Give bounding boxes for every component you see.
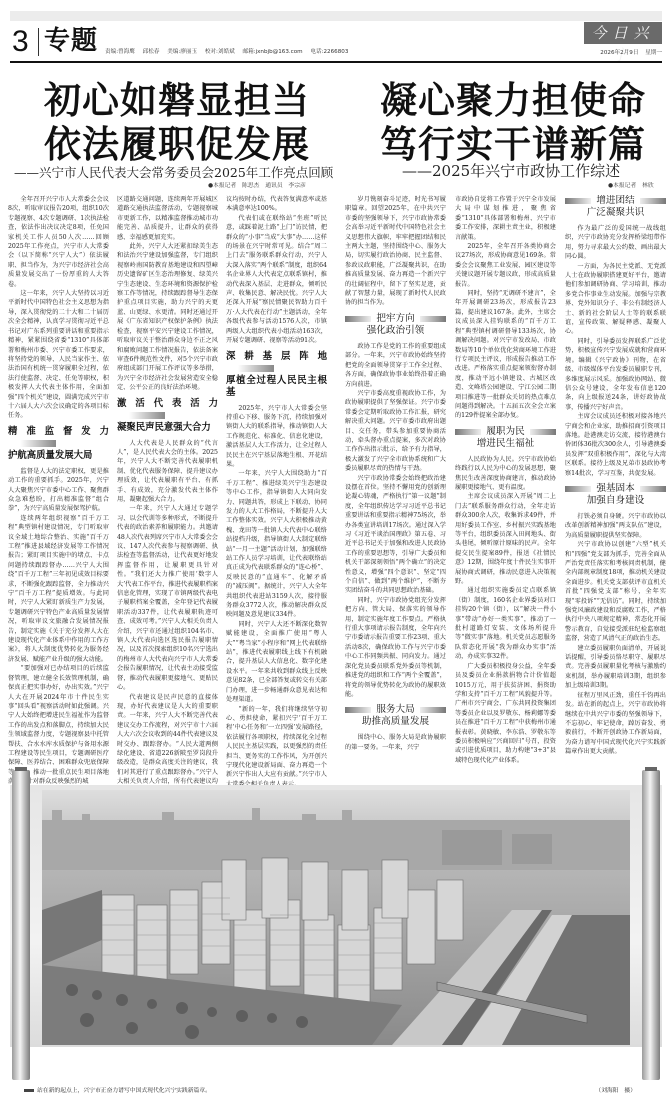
- paragraph: 一方面，为各民主党派、无党派人士在政协履职搭建更好平台，邀请他们参加调研协商、学…: [565, 262, 666, 337]
- paragraph: 同时，坚持“无调研不建言”，全年开展调研23场次，形成报告23篇，提出建议167…: [455, 289, 556, 421]
- paragraph: 政协工作是党的工作的重要组成部分。一年来，兴宁市政协始终坚持把党的全面领导贯穿于…: [345, 342, 446, 389]
- credit-editor-2: 邱松春: [143, 49, 160, 55]
- paragraph: 围绕中心、服务大局是政协履职的第一要务。一年来，兴宁: [345, 733, 446, 752]
- subhead-bar-left: [565, 486, 591, 492]
- newspaper-logo: 今日兴宁: [584, 22, 662, 44]
- paragraph: 这一年来，兴宁人大坚持以习近平新时代中国特色社会主义思想为指导，深入贯彻党的二十…: [8, 289, 109, 421]
- subhead-line1: 深耕基层阵地: [226, 351, 327, 362]
- subhead-serve-overall: 服务大局 助推高质量发展: [345, 704, 446, 728]
- paragraph: 议均按时办结，代表答复满意率或基本满意率达100%。: [226, 195, 327, 214]
- subhead-line1: 把牢方向: [376, 313, 414, 325]
- subhead-political-direction: 把牢方向 强化政治引领: [345, 313, 446, 337]
- subhead-line1: 强基固本: [596, 483, 634, 495]
- subhead-perform-for-people: 履职为民 增进民生福祉: [455, 426, 556, 450]
- subhead-line1: 增进团结: [596, 195, 634, 207]
- subhead-grassroots: 深耕基层阵地 厚植全过程人民民主根基: [226, 351, 327, 399]
- paragraph: 广大委员积极投身公益，全年委员及委员企业捐款捐物合计价值超1015万元，用于扶贫…: [455, 662, 556, 765]
- paragraph: 2025年，兴宁市人大常委会坚持重心下移、服务下沉，持续加强对镇街人大的联系指导…: [226, 404, 327, 470]
- paragraph: 人大代表是人民群众的“代言人”，是人民代表大会的主体。2025年，兴宁人大不断完…: [117, 439, 218, 505]
- paragraph: 人民政协为人民。兴宁市政协始终践行以人民为中心的发展思想，聚焦民生改善深度协商建…: [455, 455, 556, 493]
- subhead-line1: 履职为民: [486, 426, 524, 438]
- subhead-line2: 凝聚民声民意强大合力: [117, 422, 218, 434]
- subhead-self-building: 强基固本 加强自身建设: [565, 483, 666, 507]
- left-subtitle: ——兴宁市人民代表大会常务委员会2025年工作亮点回顾: [14, 163, 333, 181]
- subhead-precise-supervision: 精准监督发力 护航高质量发展大局: [8, 426, 109, 462]
- dateline: 2026年2月9日 星期一: [595, 48, 662, 56]
- subhead-bar-left: [345, 707, 371, 713]
- masthead-rule: [10, 61, 662, 63]
- subhead-bar: [129, 412, 165, 419]
- paragraph: 主席会议成员深入开展“周二上门去”联系服务群众行动，全年走访群众300余人次，收…: [455, 492, 556, 586]
- subhead-bar-right: [640, 198, 666, 204]
- subhead-bar-right: [420, 316, 446, 322]
- photo-credit: （刘海阳 摄）: [595, 1085, 636, 1094]
- paragraph: 代表建议是民声民意的直接体现，办好代表建议是人大的重要职责。一年来，兴宁人大不断…: [117, 693, 218, 796]
- scroll-rod-left: [12, 770, 30, 1080]
- right-headline: 凝心聚力担使命 笃行实干谱新篇: [380, 78, 646, 166]
- subhead-line2: 增进民生福祉: [455, 438, 556, 450]
- subhead-line1: 服务大局: [376, 704, 414, 716]
- subhead-deputy-vitality: 激活代表活力 凝聚民声民意强大合力: [117, 398, 218, 434]
- subhead-bar-left: [565, 198, 591, 204]
- subhead-bar-right: [420, 707, 446, 713]
- subhead-bar: [20, 440, 56, 447]
- right-article-column-3: 增进团结 广泛凝聚共识 作为最广泛的爱国统一战线组织，兴宁市政协充分发挥桥梁纽带…: [565, 195, 666, 775]
- credit-proofreader: 校对:刘皓斌: [205, 49, 235, 55]
- paragraph: 征程万里风正劲，重任千钧再出发。站在新的起点上，兴宁市政协将继续在中共兴宁市委的…: [565, 691, 666, 757]
- paragraph: 通过组织实施委员定点联系镇（街）制度，160名企业界委员对口挂钩20个镇（街），…: [455, 586, 556, 661]
- subhead-bar-right: [640, 486, 666, 492]
- left-headline: 初心如磐显担当 依法履职促发展: [44, 78, 310, 166]
- left-headline-line1: 初心如磐显担当: [44, 78, 310, 122]
- paragraph: 代表们或在联络站“坐班”听民意，或踩着泥土路“上门”访民情，把群众的“小事”当成…: [226, 214, 327, 346]
- paragraph: 连续两年组织视察“百千万工程”典型镇村建设情况，专门听取审议全域土地综合整治、实…: [8, 514, 109, 665]
- right-subtitle: ——2025年兴宁市政协工作综述: [402, 160, 620, 181]
- paragraph: 兴宁市政协常委会始终把政治建设摆在首位。坚持不懈用党的创新理论凝心铸魂，严格执行…: [345, 474, 446, 596]
- right-article-column-1: 岁月镌刻奋斗足迹，时光书写履职篇章。回望2025年，在中共兴宁市委的坚强领导下，…: [345, 195, 446, 775]
- paragraph: 一年来，兴宁人大通过专题学习、以会代训等多种形式，不断提升代表的政治素养和履职能…: [117, 504, 218, 692]
- editorial-credits: 责编:曾海鹰 邱松春 美编:廖丽玉 校对:刘皓斌 邮箱:jxnbjb@163.c…: [105, 47, 354, 55]
- paragraph: 兴宁市政协以创建“六型”机关和“四强”党支部为抓手，完善全面从严治党责任落实和考…: [565, 540, 666, 643]
- scroll-rod-right: [642, 770, 660, 1080]
- paragraph: 全年召开兴宁市人大常委会会议8次，听取审议报告20项，组织10次专题视察、4次专…: [8, 195, 109, 289]
- left-article-column-1: 全年召开兴宁市人大常委会会议8次，听取审议报告20项，组织10次专题视察、4次专…: [8, 195, 109, 795]
- credit-phone: 电话:2266803: [310, 49, 348, 55]
- left-headline-line2: 依法履职促发展: [44, 122, 310, 166]
- left-article-column-3: 议均按时办结，代表答复满意率或基本满意率达100%。 代表们或在联络站“坐班”听…: [226, 195, 327, 795]
- city-skyline-illustration: [42, 790, 630, 1045]
- paragraph: 市政协自觉将工作置于兴宁全市发展大局中谋划推进，聚焦省委“1310”具体部署和梅…: [455, 195, 556, 242]
- subhead-line2: 护航高质量发展大局: [8, 450, 109, 462]
- paragraph: 2025年，全年召开各类协商会议27场次，形成协商意见169条。常委会会议聚焦工…: [455, 242, 556, 289]
- right-article-column-2: 市政协自觉将工作置于兴宁全市发展大局中谋划推进，聚焦省委“1310”具体部署和梅…: [455, 195, 556, 775]
- issue-date: 2026年2月9日: [600, 50, 638, 56]
- page-number-divider: [38, 28, 39, 56]
- subhead-bar-left: [455, 429, 481, 435]
- paragraph: 区道路交通问题，连续两年开展城区道路交通执法监督活动，专题视察城市更新工作，以精…: [117, 195, 218, 242]
- scroll-rod-cap: [15, 767, 27, 771]
- paragraph: 主席会议成员还积极对接各地兴宁商会和企业家，助推招商引资项目落地。赴港澳走访交流…: [565, 412, 666, 478]
- paragraph: 兴宁市委高度重视政协工作，为政协履职提供了坚强保证。兴宁市委常委会定期听取政协工…: [345, 389, 446, 474]
- section-title: 专题: [44, 26, 98, 56]
- aerial-city-photo: [42, 790, 630, 1045]
- page-number: 3: [12, 27, 29, 57]
- subhead-bar-right: [530, 429, 556, 435]
- paragraph: 同时，引导委员发挥联系广泛优势，积极宣传兴宁发展成就和营商环境。编辑《兴宁政协》…: [565, 337, 666, 412]
- subhead-line2: 厚植全过程人民民主根基: [226, 375, 327, 399]
- left-article-column-2: 区道路交通问题，连续两年开展城区道路交通执法监督活动，专题视察城市更新工作，以精…: [117, 195, 218, 795]
- paragraph: 作为最广泛的爱国统一战线组织，兴宁市政协充分发挥桥梁纽带作用，努力寻求最大公约数…: [565, 224, 666, 262]
- paragraph: 建立委员履职负面清单，开展说话提醒，引导委员恪尽职守、履职尽责。完善委员履职量化…: [565, 644, 666, 691]
- paragraph: 岁月镌刻奋斗足迹，时光书写履职篇章。回望2025年，在中共兴宁市委的坚强领导下，…: [345, 195, 446, 308]
- paragraph: “新的一年，我们将继续坚守初心、勇担使命，紧扣兴宁‘百千万工程’中心任务和‘一立…: [226, 705, 327, 790]
- subhead-unity: 增进团结 广泛凝聚共识: [565, 195, 666, 219]
- caption-bar-icon: [24, 1089, 34, 1092]
- right-byline: ●本报记者 林欣: [608, 180, 654, 189]
- credit-editor: 责编:曾海鹰: [105, 49, 135, 55]
- credit-email: 邮箱:jxnbjb@163.com: [243, 49, 303, 55]
- paragraph: 打铁必须自身硬。兴宁市政协以改革创新精神加强“两支队伍”建设，为高质量履职提供坚…: [565, 512, 666, 540]
- paragraph: 此外，兴宁人大还紧扣绿美生态和法治兴宁建设加强监督，专门组织视察岭南国防教育基地…: [117, 242, 218, 393]
- issue-weekday: 星期一: [645, 50, 662, 56]
- subhead-bar: [238, 365, 274, 372]
- paragraph: 监督是人大的法定职权，更是推动工作的重要抓手。2025年，兴宁人大聚焦兴宁市委中…: [8, 467, 109, 514]
- paragraph: 同时，兴宁市政协党组充分发挥把方向、管大局、保落实的领导作用，制定实施年度工作要…: [345, 596, 446, 699]
- subhead-line2: 加强自身建设: [565, 495, 666, 507]
- page-masthead: 3 专题 责编:曾海鹰 邱松春 美编:廖丽玉 校对:刘皓斌 邮箱:jxnbjb@…: [10, 20, 662, 62]
- subhead-line2: 强化政治引领: [345, 325, 446, 337]
- paragraph: 同时，兴宁人大还不断深化数智赋能建设，全面推广使用“粤人大”“粤当家”小程序和“…: [226, 620, 327, 705]
- photo-caption: 站在新的起点上，兴宁市正奋力谱写中国式现代化兴宁实践新篇章。 （刘海阳 摄）: [24, 1085, 648, 1094]
- subhead-bar-left: [345, 316, 371, 322]
- scroll-rod-cap: [645, 767, 657, 771]
- credit-designer: 美编:廖丽玉: [167, 49, 197, 55]
- subhead-line1: 激活代表活力: [117, 398, 218, 409]
- right-headline-line1: 凝心聚力担使命: [380, 78, 646, 122]
- caption-text: 站在新的起点上，兴宁市正奋力谱写中国式现代化兴宁实践新篇章。: [37, 1088, 211, 1094]
- paragraph: 一年来，兴宁人大围绕助力“百千万工程”、推进绿美兴宁生态建设等中心工作，指导镇街…: [226, 469, 327, 620]
- subhead-line2: 广泛凝聚共识: [565, 207, 666, 219]
- subhead-line1: 精准监督发力: [8, 426, 109, 437]
- left-byline: ●本报记者 陈思杰 通讯员 李宗彦: [208, 180, 306, 189]
- subhead-line2: 助推高质量发展: [345, 716, 446, 728]
